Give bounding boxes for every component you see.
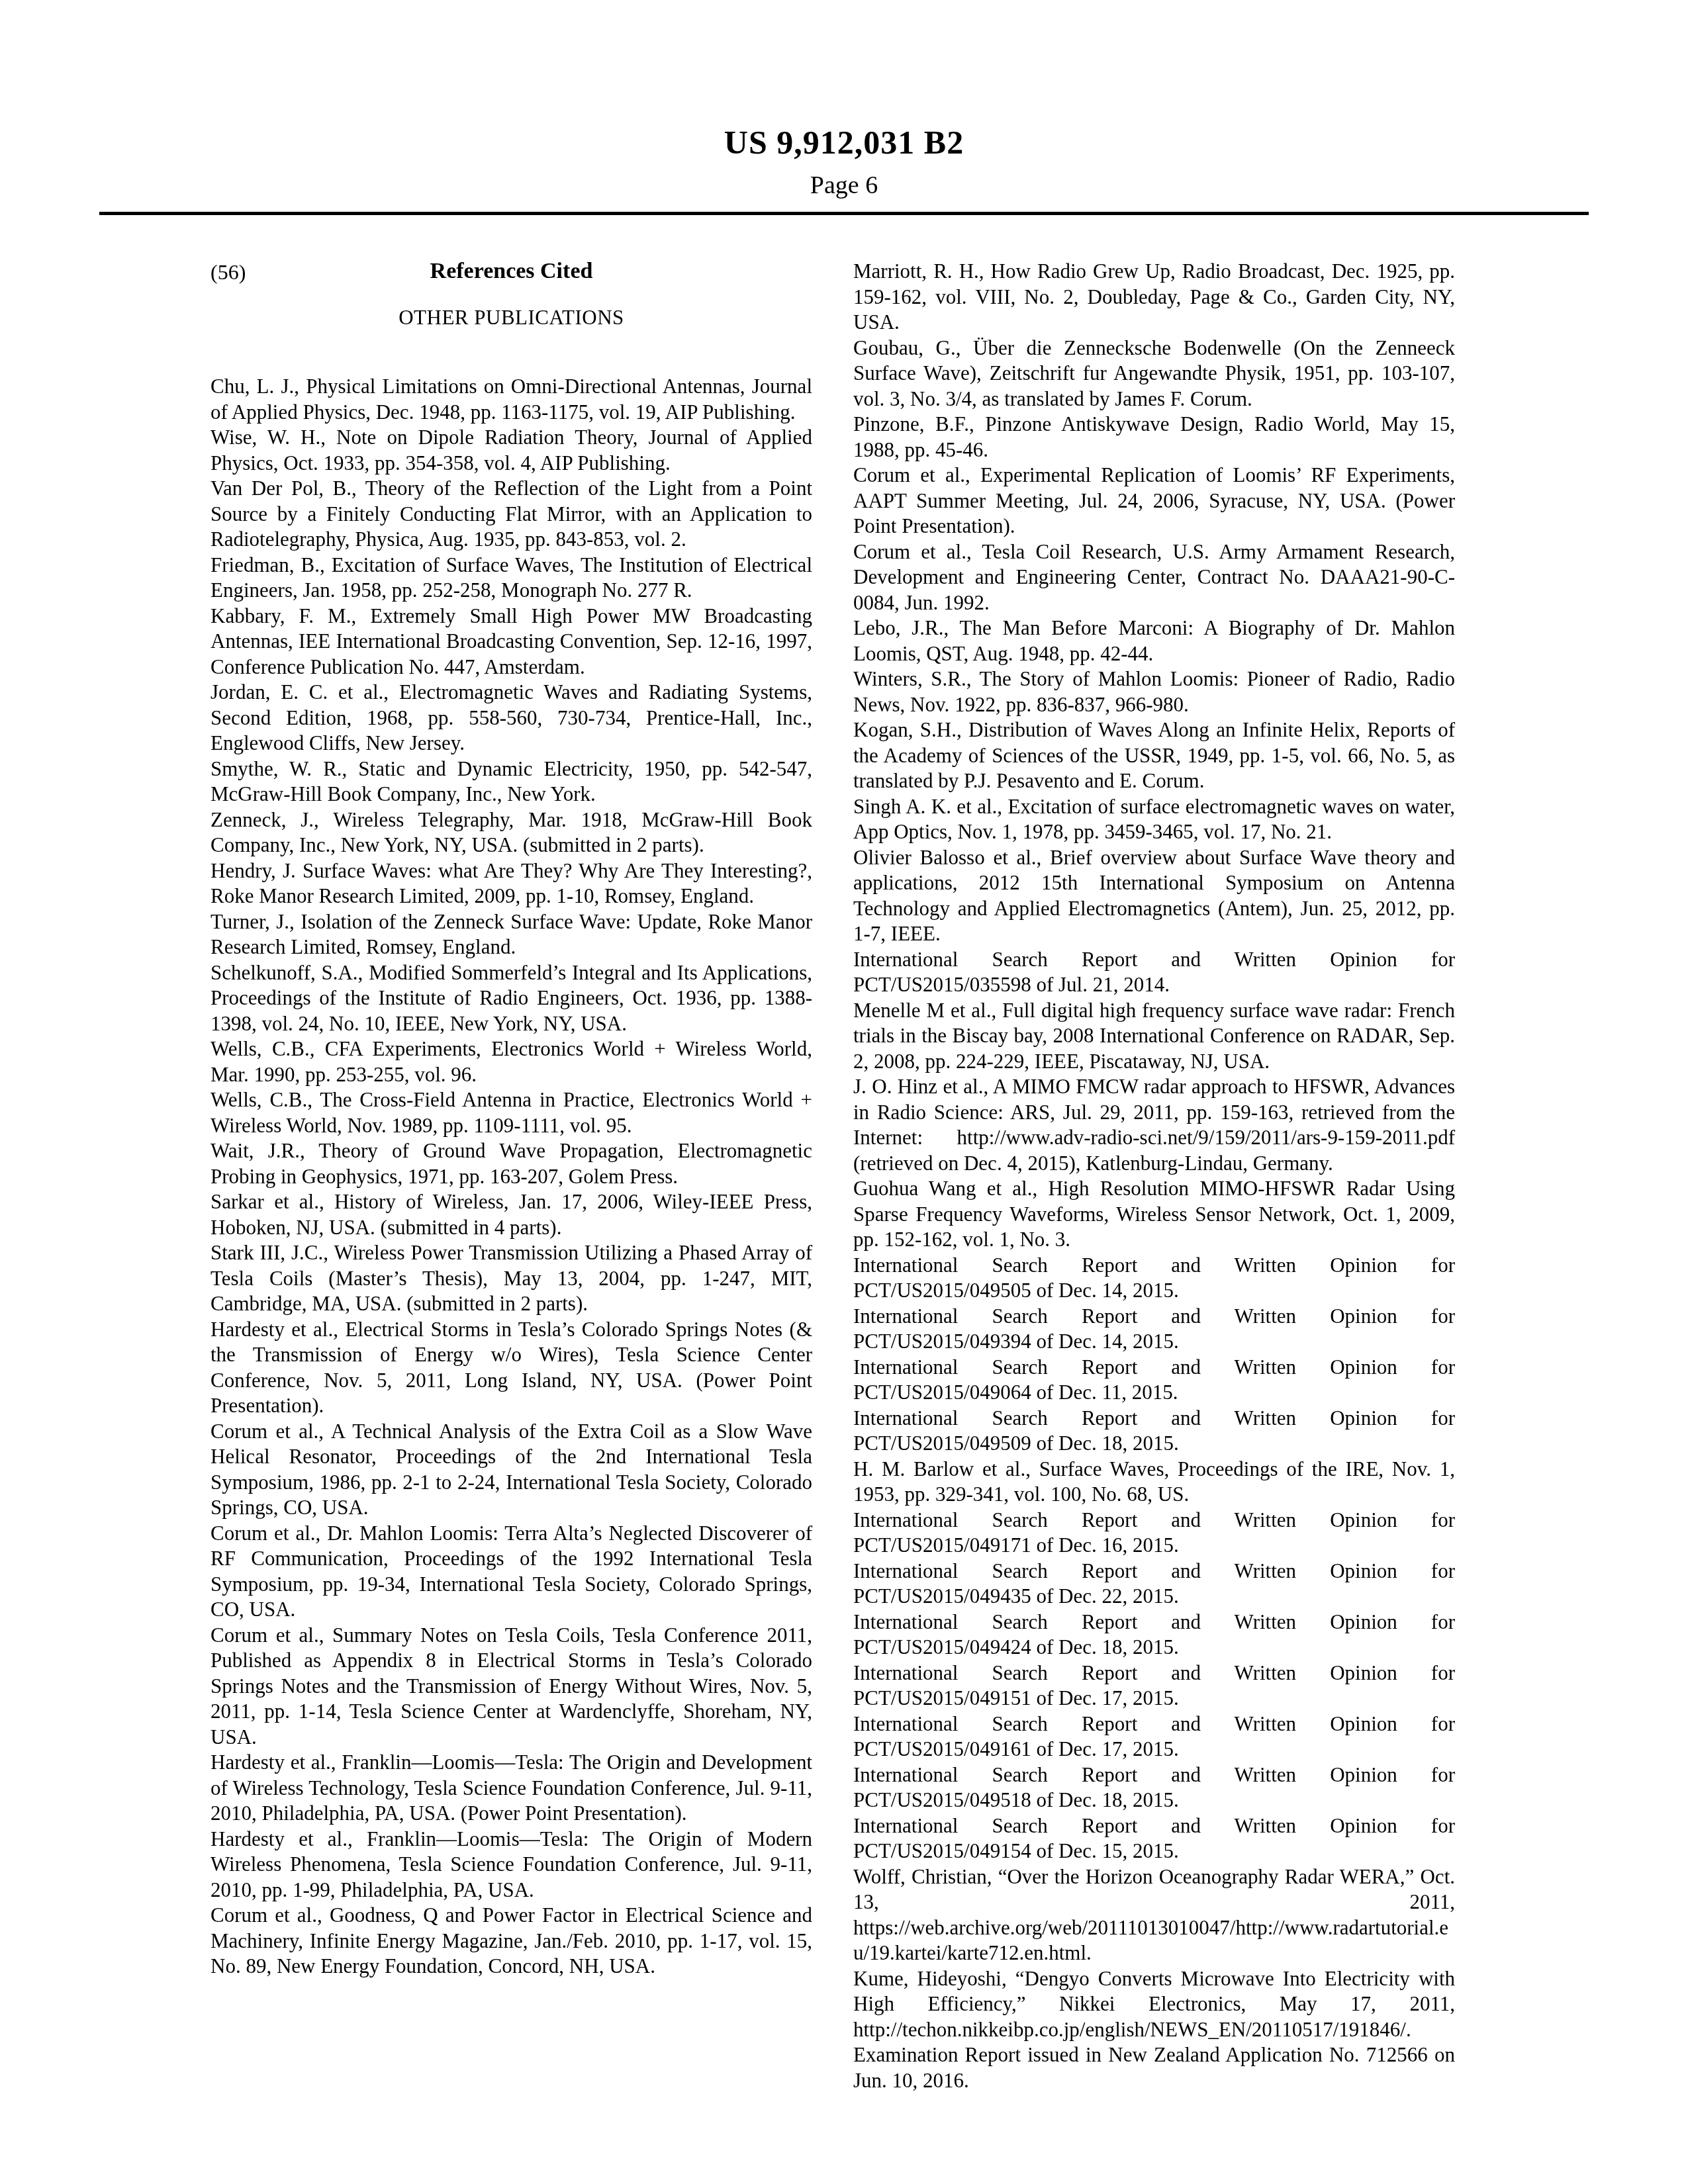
patent-number: US 9,912,031 B2: [0, 0, 1688, 161]
reference-item: International Search Report and Written …: [853, 1355, 1455, 1406]
reference-item: Hardesty et al., Franklin—Loomis—Tesla: …: [211, 1750, 812, 1827]
reference-item: Corum et al., Summary Notes on Tesla Coi…: [211, 1623, 812, 1751]
reference-list-left: Chu, L. J., Physical Limitations on Omni…: [211, 374, 812, 1979]
reference-item: International Search Report and Written …: [853, 1253, 1455, 1304]
reference-item: Wait, J.R., Theory of Ground Wave Propag…: [211, 1138, 812, 1189]
references-column-left: (56) References Cited OTHER PUBLICATIONS…: [211, 259, 812, 1979]
reference-item: Hardesty et al., Electrical Storms in Te…: [211, 1317, 812, 1419]
reference-item: Marriott, R. H., How Radio Grew Up, Radi…: [853, 259, 1455, 336]
reference-item: J. O. Hinz et al., A MIMO FMCW radar app…: [853, 1074, 1455, 1176]
reference-item: Sarkar et al., History of Wireless, Jan.…: [211, 1189, 812, 1240]
reference-item: Kume, Hideyoshi, “Dengyo Converts Microw…: [853, 1966, 1455, 2043]
reference-item: International Search Report and Written …: [853, 1304, 1455, 1355]
patent-page: US 9,912,031 B2 Page 6 (56) References C…: [0, 0, 1688, 2184]
reference-item: Chu, L. J., Physical Limitations on Omni…: [211, 374, 812, 425]
reference-item: Van Der Pol, B., Theory of the Reflectio…: [211, 476, 812, 553]
reference-item: Examination Report issued in New Zealand…: [853, 2042, 1455, 2093]
reference-item: International Search Report and Written …: [853, 1610, 1455, 1661]
reference-item: Jordan, E. C. et al., Electromagnetic Wa…: [211, 680, 812, 756]
reference-item: Corum et al., A Technical Analysis of th…: [211, 1419, 812, 1521]
reference-item: Corum et al., Dr. Mahlon Loomis: Terra A…: [211, 1521, 812, 1623]
reference-item: Menelle M et al., Full digital high freq…: [853, 998, 1455, 1075]
references-cited-heading: References Cited: [211, 259, 812, 284]
reference-item: Smythe, W. R., Static and Dynamic Electr…: [211, 756, 812, 807]
reference-item: International Search Report and Written …: [853, 1711, 1455, 1762]
reference-item: Lebo, J.R., The Man Before Marconi: A Bi…: [853, 615, 1455, 666]
reference-item: Kabbary, F. M., Extremely Small High Pow…: [211, 604, 812, 680]
reference-item: Friedman, B., Excitation of Surface Wave…: [211, 553, 812, 604]
reference-item: Corum et al., Goodness, Q and Power Fact…: [211, 1903, 812, 1979]
reference-item: Wise, W. H., Note on Dipole Radiation Th…: [211, 425, 812, 476]
reference-item: International Search Report and Written …: [853, 1762, 1455, 1813]
reference-item: Hendry, J. Surface Waves: what Are They?…: [211, 858, 812, 909]
references-column-right: Marriott, R. H., How Radio Grew Up, Radi…: [853, 259, 1455, 2093]
reference-item: Schelkunoff, S.A., Modified Sommerfeld’s…: [211, 960, 812, 1037]
reference-item: Kogan, S.H., Distribution of Waves Along…: [853, 717, 1455, 794]
references-body: (56) References Cited OTHER PUBLICATIONS…: [0, 215, 1688, 2093]
reference-item: Goubau, G., Über die Zennecksche Bodenwe…: [853, 336, 1455, 412]
reference-item: Corum et al., Tesla Coil Research, U.S. …: [853, 539, 1455, 616]
reference-item: International Search Report and Written …: [853, 1813, 1455, 1864]
field-code-56: (56): [211, 260, 246, 285]
reference-item: International Search Report and Written …: [853, 947, 1455, 998]
reference-item: Turner, J., Isolation of the Zenneck Sur…: [211, 909, 812, 960]
reference-item: Olivier Balosso et al., Brief overview a…: [853, 845, 1455, 947]
reference-item: H. M. Barlow et al., Surface Waves, Proc…: [853, 1457, 1455, 1508]
reference-item: Wolff, Christian, “Over the Horizon Ocea…: [853, 1864, 1455, 1966]
references-section-header: (56) References Cited OTHER PUBLICATIONS: [211, 259, 812, 330]
reference-list-right: Marriott, R. H., How Radio Grew Up, Radi…: [853, 259, 1455, 2093]
reference-item: International Search Report and Written …: [853, 1559, 1455, 1610]
reference-item: Wells, C.B., The Cross-Field Antenna in …: [211, 1087, 812, 1138]
reference-item: Wells, C.B., CFA Experiments, Electronic…: [211, 1036, 812, 1087]
other-publications-heading: OTHER PUBLICATIONS: [211, 305, 812, 330]
reference-item: Winters, S.R., The Story of Mahlon Loomi…: [853, 666, 1455, 717]
reference-item: Stark III, J.C., Wireless Power Transmis…: [211, 1240, 812, 1317]
reference-item: International Search Report and Written …: [853, 1406, 1455, 1457]
reference-item: Guohua Wang et al., High Resolution MIMO…: [853, 1176, 1455, 1253]
reference-item: Corum et al., Experimental Replication o…: [853, 463, 1455, 539]
reference-item: Pinzone, B.F., Pinzone Antiskywave Desig…: [853, 412, 1455, 463]
page-number: Page 6: [0, 171, 1688, 200]
reference-item: Zenneck, J., Wireless Telegraphy, Mar. 1…: [211, 807, 812, 858]
reference-item: Singh A. K. et al., Excitation of surfac…: [853, 794, 1455, 845]
reference-item: International Search Report and Written …: [853, 1508, 1455, 1559]
reference-item: Hardesty et al., Franklin—Loomis—Tesla: …: [211, 1827, 812, 1903]
reference-item: International Search Report and Written …: [853, 1661, 1455, 1711]
